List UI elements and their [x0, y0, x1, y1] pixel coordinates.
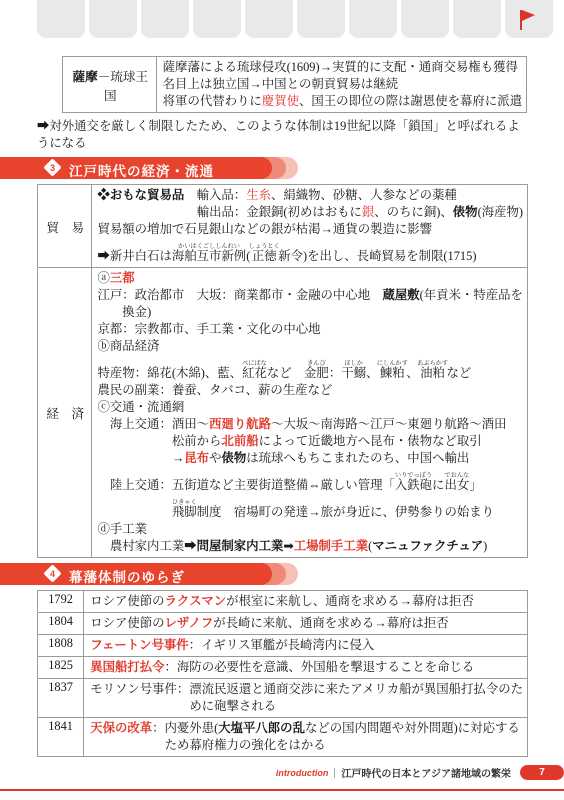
- text-segment: 名目上は独立国→中国との朝貢貿易は継続: [163, 77, 398, 91]
- text-segment: 生糸: [246, 188, 271, 202]
- bookmark-tab: [245, 0, 293, 38]
- ruby-text: 正徳しょうとく: [250, 249, 278, 263]
- text-line: ロシア使節のラクスマンが根室に来航し、通商を求める→幕府は拒否: [90, 593, 523, 610]
- text-line: 農民の副業：養蚕、タバコ、薪の生産など: [98, 382, 524, 399]
- text-segment: ラクスマン: [165, 594, 227, 608]
- text-line: 農村家内工業➡問屋制家内工業➡工場制手工業(マニュファクチュア): [98, 538, 524, 555]
- text-line: うになる: [37, 135, 527, 152]
- row-content: ⓐ三都江戸：政治都市 大坂：商業都市・金融の中心地 蔵屋敷(年貢米・特産品を換金…: [91, 268, 528, 558]
- economy-row: 経 済 ⓐ三都江戸：政治都市 大坂：商業都市・金融の中心地 蔵屋敷(年貢米・特産…: [38, 268, 528, 558]
- timeline-event: ロシア使節のレザノフが長崎に来航、通商を求める→幕府は拒否: [84, 613, 528, 635]
- text-segment: ⓑ商品経済: [98, 339, 160, 353]
- text-segment: ：海防の必要性を意識、外国船を撃退することを命じる: [165, 660, 475, 674]
- row-label: 貿 易: [38, 185, 92, 268]
- text-segment: ➡対外通交を厳しく制限したため、このような体制は19世紀以降「鎖国」と呼ばれるよ: [37, 119, 520, 133]
- bookmark-tab: [193, 0, 241, 38]
- text-segment: が長崎に来航、通商を求める→幕府は拒否: [213, 616, 448, 630]
- text-line: →昆布や俵物は琉球へもちこまれたのち、中国へ輸出: [98, 450, 524, 467]
- text-line: 天保の改革：内憂外患(大塩平八郎の乱などの国内問題や対外問題)に対応する: [90, 720, 523, 737]
- text-segment: ：: [329, 366, 341, 380]
- text-segment: 特産物：綿花(木綿)、藍、: [98, 366, 243, 380]
- text-line: 特産物：綿花(木綿)、藍、紅花べにばななど 金肥きんぴ：干鰯ほしか、鰊粕にしんか…: [98, 360, 524, 382]
- text-line: 異国船打払令：海防の必要性を意識、外国船を撃退することを命じる: [90, 659, 523, 676]
- timeline-year: 1837: [38, 679, 84, 718]
- text-segment: 換金): [122, 305, 151, 319]
- trade-row: 貿 易 ❖おもな貿易品 輸入品：生糸、絹織物、砂糖、人参などの薬種輸出品：金銀銅…: [38, 185, 528, 268]
- text-line: 京都：宗教都市、手工業・文化の中心地: [98, 321, 524, 338]
- text-segment: 北前船: [221, 434, 258, 448]
- text-segment: マニュファクチュア: [372, 539, 483, 553]
- timeline-event: フェートン号事件：イギリス軍艦が長崎湾内に侵入: [84, 635, 528, 657]
- text-segment: (年貢米・特産品を: [420, 288, 523, 302]
- timeline-table: 1792 ロシア使節のラクスマンが根室に来航し、通商を求める→幕府は拒否 180…: [37, 590, 528, 757]
- timeline-row-1804: 1804 ロシア使節のレザノフが長崎に来航、通商を求める→幕府は拒否: [38, 613, 528, 635]
- text-segment: 三都: [110, 271, 135, 285]
- text-segment: －琉球王国: [98, 70, 148, 103]
- row-content: ❖おもな貿易品 輸入品：生糸、絹織物、砂糖、人参などの薬種輸出品：金銀銅(初めは…: [91, 185, 528, 268]
- table-row: 薩摩－琉球王国 薩摩藩による琉球侵攻(1609)→実質的に支配・通商交易権も獲得…: [63, 57, 527, 113]
- text-segment: は琉球へもちこまれたのち、中国へ輸出: [246, 451, 469, 465]
- page-footer: introduction 江戸時代の日本とアジア諸地域の繁栄 7: [276, 765, 564, 780]
- timeline-event: ロシア使節のラクスマンが根室に来航し、通商を求める→幕府は拒否: [84, 591, 528, 613]
- text-segment: ：内憂外患(: [152, 721, 218, 735]
- timeline-event: モリソン号事件：漂流民返還と通商交渉に来たアメリカ船が異国船打払令のために砲撃さ…: [84, 679, 528, 718]
- text-line: 貿易額の増加で石見銀山などの銀が枯渇→通貨の製造に影響: [98, 221, 524, 238]
- bookmark-tab: [505, 0, 553, 38]
- text-line: ロシア使節のレザノフが長崎に来航、通商を求める→幕府は拒否: [90, 615, 523, 632]
- text-segment: ロシア使節の: [90, 594, 164, 608]
- timeline-row-1825: 1825 異国船打払令：海防の必要性を意識、外国船を撃退することを命じる: [38, 657, 528, 679]
- bookmark-tab: [89, 0, 137, 38]
- text-segment: 慶賀使: [262, 94, 299, 108]
- text-segment: うになる: [37, 136, 87, 150]
- text-segment: 異国船打払令: [90, 660, 164, 674]
- timeline-row-1837: 1837 モリソン号事件：漂流民返還と通商交渉に来たアメリカ船が異国船打払令のた…: [38, 679, 528, 718]
- text-segment: 天保の改革: [90, 721, 152, 735]
- timeline-year: 1792: [38, 591, 84, 613]
- text-segment: 将軍の代替わりに: [163, 94, 262, 108]
- text-line: 江戸：政治都市 大坂：商業都市・金融の中心地 蔵屋敷(年貢米・特産品を: [98, 287, 524, 304]
- text-segment: めに砲撃される: [189, 699, 276, 713]
- text-segment: など: [447, 366, 472, 380]
- text-line: 輸出品：金銀銅(初めはおもに銀、のちに銅)、俵物(海産物): [98, 204, 524, 221]
- text-segment: モリソン号事件：漂流民返還と通商交渉に来たアメリカ船が異国船打払令のた: [90, 682, 523, 696]
- text-line: 海上交通：酒田～西廻り航路～大坂～南海路～江戸～東廻り航路～酒田: [98, 416, 524, 433]
- text-segment: 蔵屋敷: [382, 288, 419, 302]
- section-number: 3: [46, 161, 59, 174]
- text-segment: 薩摩: [73, 70, 98, 84]
- bookmark-tab: [349, 0, 397, 38]
- ruby-text: 干鰯ほしか: [341, 366, 366, 380]
- text-segment: ⓓ手工業: [98, 522, 148, 536]
- text-segment: 」: [469, 478, 481, 492]
- text-line: ➡新井白石は海舶互市新例かいはくごししんれい(正徳しょうとく新令)を出し、長崎貿…: [98, 243, 524, 265]
- text-segment: ): [483, 539, 487, 553]
- bookmark-tab: [401, 0, 449, 38]
- text-line: ⓓ手工業: [98, 521, 524, 538]
- satsuma-ryukyu-table: 薩摩－琉球王国 薩摩藩による琉球侵攻(1609)→実質的に支配・通商交易権も獲得…: [62, 56, 527, 113]
- text-line: 名目上は独立国→中国との朝貢貿易は継続: [163, 76, 522, 93]
- section-header-economy: 3 江戸時代の経済・流通: [0, 157, 564, 179]
- footer-rule: [0, 789, 564, 791]
- sakoku-note: ➡対外通交を厳しく制限したため、このような体制は19世紀以降「鎖国」と呼ばれるよ…: [37, 118, 527, 152]
- text-line: ➡対外通交を厳しく制限したため、このような体制は19世紀以降「鎖国」と呼ばれるよ: [37, 118, 527, 135]
- text-segment: 、絹織物、砂糖、人参などの薬種: [271, 188, 457, 202]
- text-segment: 京都：宗教都市、手工業・文化の中心地: [98, 322, 321, 336]
- timeline-year: 1808: [38, 635, 84, 657]
- text-segment: など: [267, 366, 304, 380]
- ruby-text: 鰊粕にしんかす: [378, 366, 406, 380]
- text-segment: 海上交通：酒田～: [110, 417, 209, 431]
- text-segment: 農村家内工業➡: [110, 539, 197, 553]
- text-segment: (海産物): [478, 205, 523, 219]
- text-segment: ❖おもな貿易品: [98, 188, 197, 202]
- text-segment: 俵物: [453, 205, 478, 219]
- footer-chapter-tag: introduction: [276, 768, 329, 778]
- text-segment: に: [432, 478, 444, 492]
- text-segment: ～大坂～南海路～江戸～東廻り航路～酒田: [271, 417, 506, 431]
- timeline-event: 異国船打払令：海防の必要性を意識、外国船を撃退することを命じる: [84, 657, 528, 679]
- text-segment: 、のちに銅)、: [374, 205, 452, 219]
- text-line: 将軍の代替わりに慶賀使、国王の即位の際は謝恩使を幕府に派遣: [163, 93, 522, 110]
- row-content: 薩摩藩による琉球侵攻(1609)→実質的に支配・通商交易権も獲得名目上は独立国→…: [156, 57, 526, 113]
- text-segment: ため幕府権力の強化をはかる: [165, 738, 326, 752]
- text-segment: 農民の副業：養蚕、タバコ、薪の生産など: [98, 383, 333, 397]
- timeline-row-1808: 1808 フェートン号事件：イギリス軍艦が長崎湾内に侵入: [38, 635, 528, 657]
- text-line: ため幕府権力の強化をはかる: [90, 737, 523, 754]
- text-segment: が根室に来航し、通商を求める→幕府は拒否: [226, 594, 474, 608]
- bookmark-tab: [141, 0, 189, 38]
- ruby-text: 出女でおんな: [444, 478, 469, 492]
- text-line: 松前から北前船によって近畿地方へ昆布・俵物など取引: [98, 433, 524, 450]
- ruby-text: 飛脚ひきゃく: [172, 505, 197, 519]
- text-line: フェートン号事件：イギリス軍艦が長崎湾内に侵入: [90, 637, 523, 654]
- section-number-badge: 3: [43, 158, 61, 176]
- text-segment: ➡: [283, 539, 293, 553]
- text-line: ⓑ商品経済: [98, 338, 524, 355]
- text-segment: 、国王の即位の際は謝恩使を幕府に派遣: [299, 94, 522, 108]
- text-segment: などの国内問題や対外問題)に対応する: [305, 721, 520, 735]
- text-segment: 西廻り航路: [209, 417, 271, 431]
- text-segment: や: [209, 451, 221, 465]
- text-segment: ➡新井白石は: [98, 249, 172, 263]
- text-segment: 薩摩藩による琉球侵攻(1609)→実質的に支配・通商交易権も獲得: [163, 60, 518, 74]
- text-segment: 工場制手工業: [294, 539, 368, 553]
- section-title: 江戸時代の経済・流通: [69, 160, 214, 180]
- text-segment: レザノフ: [165, 616, 214, 630]
- text-segment: 陸上交通：五街道など主要街道整備⇔厳しい管理「: [110, 478, 395, 492]
- footer-chapter-title: 江戸時代の日本とアジア諸地域の繁栄: [341, 765, 511, 780]
- section-number: 4: [46, 567, 59, 580]
- text-segment: →: [172, 451, 184, 465]
- text-segment: 銀: [362, 205, 374, 219]
- timeline-year: 1804: [38, 613, 84, 635]
- text-segment: 制度 宿場町の発達→旅が身近に、伊勢参りの始まり: [197, 505, 494, 519]
- text-line: 換金): [98, 304, 524, 321]
- text-line: 薩摩藩による琉球侵攻(1609)→実質的に支配・通商交易権も獲得: [163, 59, 522, 76]
- timeline-row-1792: 1792 ロシア使節のラクスマンが根室に来航し、通商を求める→幕府は拒否: [38, 591, 528, 613]
- textbook-page: 薩摩－琉球王国 薩摩藩による琉球侵攻(1609)→実質的に支配・通商交易権も獲得…: [0, 0, 564, 800]
- text-line: めに砲撃される: [90, 698, 523, 715]
- timeline-year: 1841: [38, 718, 84, 757]
- section-header-bakuhan: 4 幕藩体制のゆらぎ: [0, 563, 564, 585]
- row-label: 薩摩－琉球王国: [63, 57, 157, 113]
- text-segment: 貿易額の増加で石見銀山などの銀が枯渇→通貨の製造に影響: [98, 222, 433, 236]
- text-line: モリソン号事件：漂流民返還と通商交渉に来たアメリカ船が異国船打払令のた: [90, 681, 523, 698]
- footer-divider: [334, 768, 335, 778]
- text-line: 陸上交通：五街道など主要街道整備⇔厳しい管理「入鉄砲いりでっぽうに出女でおんな」: [98, 472, 524, 494]
- text-segment: 新令)を出し、長崎貿易を制限(1715): [278, 249, 476, 263]
- timeline-row-1841: 1841 天保の改革：内憂外患(大塩平八郎の乱などの国内問題や対外問題)に対応す…: [38, 718, 528, 757]
- bookmark-tabs: [37, 0, 553, 38]
- section-number-badge: 4: [43, 564, 61, 582]
- text-segment: ⓐ: [98, 271, 110, 285]
- text-line: 飛脚ひきゃく制度 宿場町の発達→旅が身近に、伊勢参りの始まり: [98, 499, 524, 521]
- text-segment: 俵物: [221, 451, 246, 465]
- text-segment: 問屋制家内工業: [197, 539, 284, 553]
- text-segment: 江戸：政治都市 大坂：商業都市・金融の中心地: [98, 288, 383, 302]
- text-line: ❖おもな貿易品 輸入品：生糸、絹織物、砂糖、人参などの薬種: [98, 187, 524, 204]
- text-line: ⓒ交通・流通網: [98, 399, 524, 416]
- section-title: 幕藩体制のゆらぎ: [69, 566, 185, 586]
- text-line: ⓐ三都: [98, 270, 524, 287]
- bookmark-tab: [453, 0, 501, 38]
- text-segment: 松前から: [172, 434, 222, 448]
- ruby-text: 海舶互市新例かいはくごししんれい: [172, 249, 246, 263]
- text-segment: 昆布: [184, 451, 209, 465]
- timeline-year: 1825: [38, 657, 84, 679]
- bookmark-tab: [297, 0, 345, 38]
- bookmark-tab: [37, 0, 85, 38]
- text-segment: フェートン号事件: [90, 638, 189, 652]
- page-number-badge: 7: [520, 765, 564, 780]
- ruby-text: 油粕あぶらかす: [419, 366, 447, 380]
- text-segment: ロシア使節の: [90, 616, 164, 630]
- text-segment: ⓒ交通・流通網: [98, 400, 185, 414]
- ruby-text: 入鉄砲いりでっぽう: [395, 478, 432, 492]
- text-segment: によって近畿地方へ昆布・俵物など取引: [259, 434, 482, 448]
- text-segment: 輸入品：: [197, 188, 247, 202]
- ruby-text: 紅花べにばな: [242, 366, 267, 380]
- text-segment: ：イギリス軍艦が長崎湾内に侵入: [189, 638, 375, 652]
- ruby-text: 金肥きんぴ: [304, 366, 329, 380]
- timeline-event: 天保の改革：内憂外患(大塩平八郎の乱などの国内問題や対外問題)に対応するため幕府…: [84, 718, 528, 757]
- text-segment: 輸出品：金銀銅(初めはおもに: [197, 205, 362, 219]
- text-segment: 大塩平八郎の乱: [218, 721, 305, 735]
- flag-icon: [519, 9, 539, 36]
- row-label: 経 済: [38, 268, 92, 558]
- trade-economy-table: 貿 易 ❖おもな貿易品 輸入品：生糸、絹織物、砂糖、人参などの薬種輸出品：金銀銅…: [37, 184, 528, 558]
